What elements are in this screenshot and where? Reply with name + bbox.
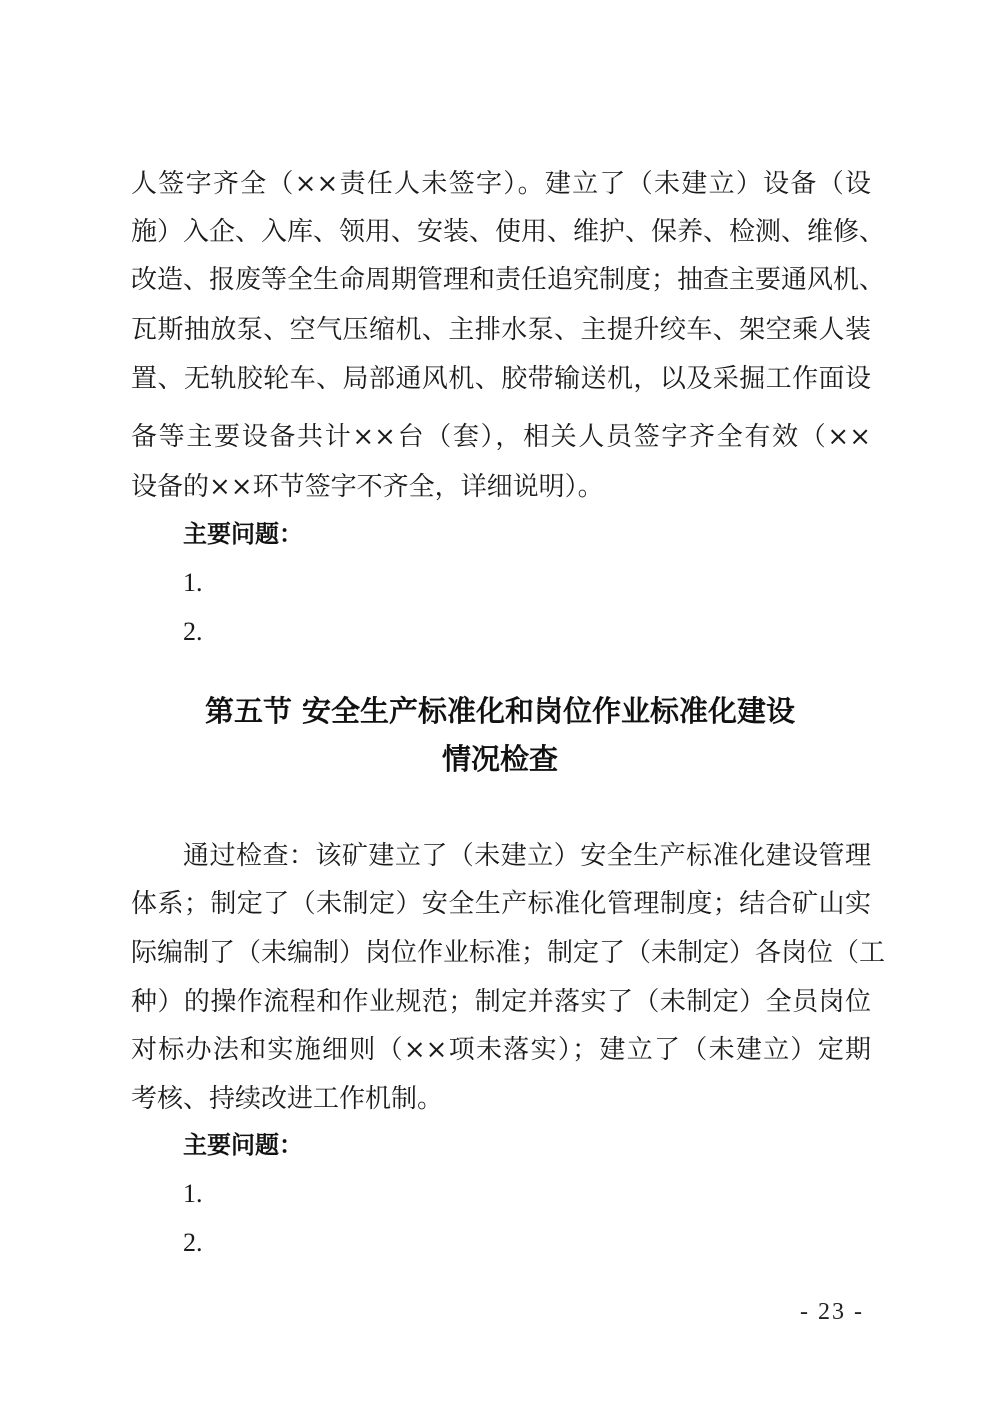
section-title-line1: 第五节 安全生产标准化和岗位作业标准化建设	[0, 688, 1000, 734]
issue-item-number: 1.	[183, 563, 203, 603]
paragraph-line: 通过检查：该矿建立了（未建立）安全生产标准化建设管理	[183, 832, 871, 880]
paragraph-line: 对标办法和实施细则（××项未落实）；建立了（未建立）定期	[131, 1026, 871, 1074]
paragraph-line: 施）入企、入库、领用、安装、使用、维护、保养、检测、维修、	[131, 208, 871, 256]
section-title-line2: 情况检查	[0, 736, 1000, 782]
issue-item-number: 2.	[183, 612, 203, 652]
issue-item-number: 1.	[183, 1174, 203, 1214]
paragraph-line: 际编制了（未编制）岗位作业标准；制定了（未制定）各岗位（工	[131, 929, 871, 977]
paragraph-line: 人签字齐全（××责任人未签字）。建立了（未建立）设备（设	[131, 160, 871, 208]
main-issues-heading: 主要问题：	[183, 1125, 303, 1165]
paragraph-line: 设备的××环节签字不齐全，详细说明）。	[131, 463, 871, 511]
paragraph-line: 种）的操作流程和作业规范；制定并落实了（未制定）全员岗位	[131, 978, 871, 1026]
issue-item-number: 2.	[183, 1223, 203, 1263]
document-page: 人签字齐全（××责任人未签字）。建立了（未建立）设备（设 施）入企、入库、领用、…	[0, 0, 1000, 1414]
paragraph-line: 瓦斯抽放泵、空气压缩机、主排水泵、主提升绞车、架空乘人装	[131, 306, 871, 354]
paragraph-line: 置、无轨胶轮车、局部通风机、胶带输送机，以及采掘工作面设	[131, 355, 871, 403]
paragraph-line: 备等主要设备共计××台（套），相关人员签字齐全有效（××	[131, 413, 871, 461]
page-number: - 23 -	[800, 1296, 864, 1328]
paragraph-line: 改造、报废等全生命周期管理和责任追究制度；抽查主要通风机、	[131, 256, 871, 304]
main-issues-heading: 主要问题：	[183, 514, 303, 554]
paragraph-line: 体系；制定了（未制定）安全生产标准化管理制度；结合矿山实	[131, 880, 871, 928]
paragraph-line: 考核、持续改进工作机制。	[131, 1075, 871, 1123]
